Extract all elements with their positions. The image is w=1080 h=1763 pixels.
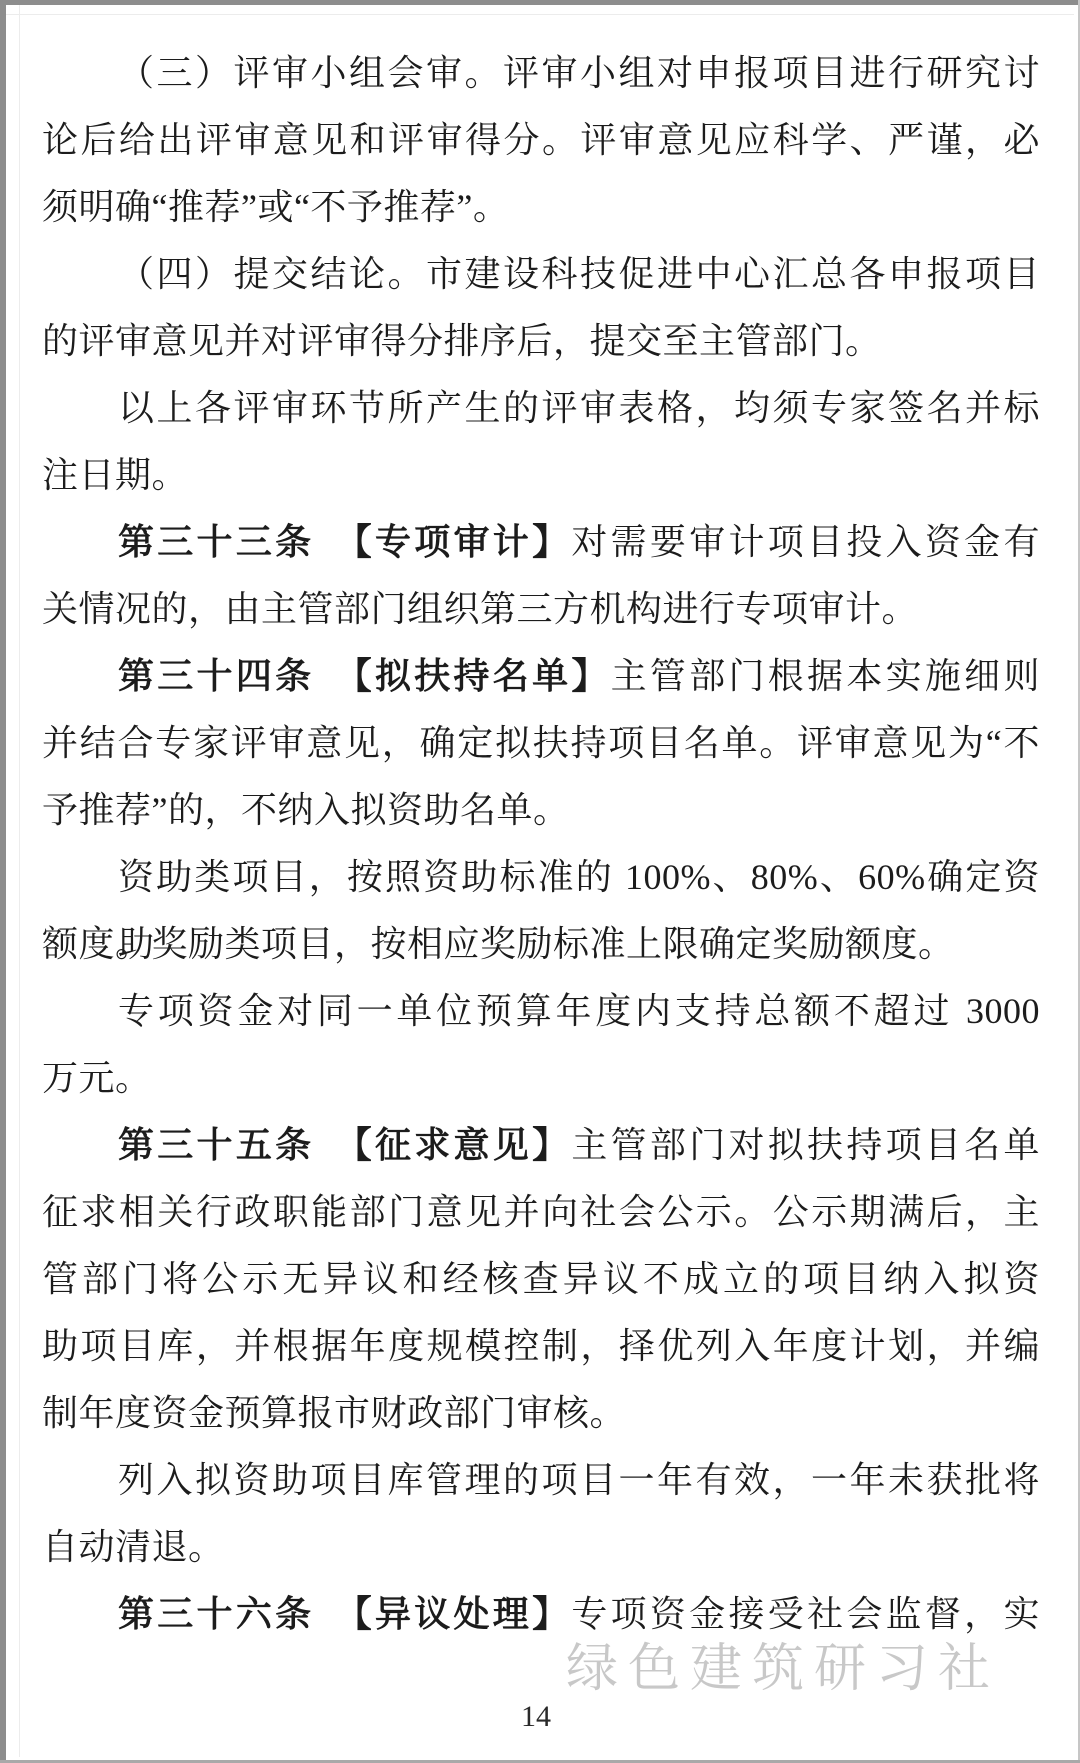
scan-edge-left bbox=[0, 0, 6, 1763]
text-line: 第三十三条 【专项审计】对需要审计项目投入资金有 bbox=[42, 509, 1040, 576]
text-run: 注日期。 bbox=[42, 455, 188, 495]
text-run: 并结合专家评审意见，确定拟扶持项目名单。评审意见为“不 bbox=[42, 723, 1040, 763]
text-run: 助项目库，并根据年度规模控制，择优列入年度计划，并编 bbox=[42, 1326, 1040, 1366]
text-run: （四）提交结论。市建设科技促进中心汇总各申报项目 bbox=[118, 254, 1040, 294]
bold-text-run: 第三十四条 bbox=[118, 656, 354, 696]
text-line: 予推荐”的，不纳入拟资助名单。 bbox=[42, 777, 1040, 844]
bold-text-run: 【拟扶持名单】 bbox=[354, 656, 611, 696]
text-line: 关情况的，由主管部门组织第三方机构进行专项审计。 bbox=[42, 576, 1040, 643]
text-run: 对需要审计项目投入资金有 bbox=[571, 522, 1040, 562]
text-line: 须明确“推荐”或“不予推荐”。 bbox=[42, 174, 1040, 241]
text-line: 的评审意见并对评审得分排序后，提交至主管部门。 bbox=[42, 308, 1040, 375]
text-body: （三）评审小组会审。评审小组对申报项目进行研究讨论后给出评审意见和评审得分。评审… bbox=[42, 40, 1040, 1648]
scan-artifact-line-vertical bbox=[19, 5, 20, 1757]
text-line: 以上各评审环节所产生的评审表格，均须专家签名并标 bbox=[42, 375, 1040, 442]
text-run: 征求相关行政职能部门意见并向社会公示。公示期满后，主 bbox=[42, 1192, 1040, 1232]
text-run: 主管部门对拟扶持项目名单 bbox=[571, 1125, 1040, 1165]
text-line: 助项目库，并根据年度规模控制，择优列入年度计划，并编 bbox=[42, 1313, 1040, 1380]
text-line: 第三十五条 【征求意见】主管部门对拟扶持项目名单 bbox=[42, 1112, 1040, 1179]
text-run: 专项资金接受社会监督，实 bbox=[571, 1594, 1040, 1634]
text-line: 制年度资金预算报市财政部门审核。 bbox=[42, 1380, 1040, 1447]
text-line: （三）评审小组会审。评审小组对申报项目进行研究讨 bbox=[42, 40, 1040, 107]
text-line: 并结合专家评审意见，确定拟扶持项目名单。评审意见为“不 bbox=[42, 710, 1040, 777]
text-run: 管部门将公示无异议和经核查异议不成立的项目纳入拟资 bbox=[42, 1259, 1040, 1299]
text-line: 论后给出评审意见和评审得分。评审意见应科学、严谨，必 bbox=[42, 107, 1040, 174]
text-run: 制年度资金预算报市财政部门审核。 bbox=[42, 1393, 626, 1433]
text-run: 关情况的，由主管部门组织第三方机构进行专项审计。 bbox=[42, 589, 918, 629]
text-run: 的评审意见并对评审得分排序后，提交至主管部门。 bbox=[42, 321, 882, 361]
text-run: 须明确“推荐”或“不予推荐”。 bbox=[42, 187, 509, 227]
text-run: 以上各评审环节所产生的评审表格，均须专家签名并标 bbox=[118, 388, 1040, 428]
text-line: 管部门将公示无异议和经核查异议不成立的项目纳入拟资 bbox=[42, 1246, 1040, 1313]
text-line: 注日期。 bbox=[42, 442, 1040, 509]
bold-text-run: 第三十三条 bbox=[118, 522, 354, 562]
bold-text-run: 第三十六条 bbox=[118, 1594, 354, 1634]
text-line: 额度。奖励类项目，按相应奖励标准上限确定奖励额度。 bbox=[42, 911, 1040, 978]
bold-text-run: 【专项审计】 bbox=[354, 522, 572, 562]
document-page: 绿色建筑研习社 （三）评审小组会审。评审小组对申报项目进行研究讨论后给出评审意见… bbox=[0, 0, 1080, 1763]
text-line: 万元。 bbox=[42, 1045, 1040, 1112]
text-run: 论后给出评审意见和评审得分。评审意见应科学、严谨，必 bbox=[42, 120, 1040, 160]
text-line: 第三十四条 【拟扶持名单】主管部门根据本实施细则 bbox=[42, 643, 1040, 710]
bold-text-run: 【异议处理】 bbox=[354, 1594, 572, 1634]
text-line: 专项资金对同一单位预算年度内支持总额不超过 3000 bbox=[42, 978, 1040, 1045]
text-run: 主管部门根据本实施细则 bbox=[611, 656, 1040, 696]
text-run: 自动清退。 bbox=[42, 1527, 225, 1567]
text-run: 列入拟资助项目库管理的项目一年有效，一年未获批将 bbox=[118, 1460, 1040, 1500]
text-line: （四）提交结论。市建设科技促进中心汇总各申报项目 bbox=[42, 241, 1040, 308]
text-line: 自动清退。 bbox=[42, 1514, 1040, 1581]
text-run: 予推荐”的，不纳入拟资助名单。 bbox=[42, 790, 569, 830]
text-line: 第三十六条 【异议处理】专项资金接受社会监督，实 bbox=[42, 1581, 1040, 1648]
scan-artifact-line-horizontal bbox=[6, 14, 1074, 15]
bold-text-run: 第三十五条 bbox=[118, 1125, 354, 1165]
page-number: 14 bbox=[0, 1700, 1072, 1734]
bold-text-run: 【征求意见】 bbox=[354, 1125, 572, 1165]
text-run: 专项资金对同一单位预算年度内支持总额不超过 3000 bbox=[118, 991, 1040, 1031]
text-run: 万元。 bbox=[42, 1058, 152, 1098]
text-run: 额度。奖励类项目，按相应奖励标准上限确定奖励额度。 bbox=[42, 924, 955, 964]
text-line: 资助类项目，按照资助标准的 100%、80%、60%确定资助 bbox=[42, 844, 1040, 911]
scan-edge-top bbox=[0, 0, 1080, 5]
text-run: （三）评审小组会审。评审小组对申报项目进行研究讨 bbox=[118, 53, 1040, 93]
text-line: 列入拟资助项目库管理的项目一年有效，一年未获批将 bbox=[42, 1447, 1040, 1514]
text-line: 征求相关行政职能部门意见并向社会公示。公示期满后，主 bbox=[42, 1179, 1040, 1246]
